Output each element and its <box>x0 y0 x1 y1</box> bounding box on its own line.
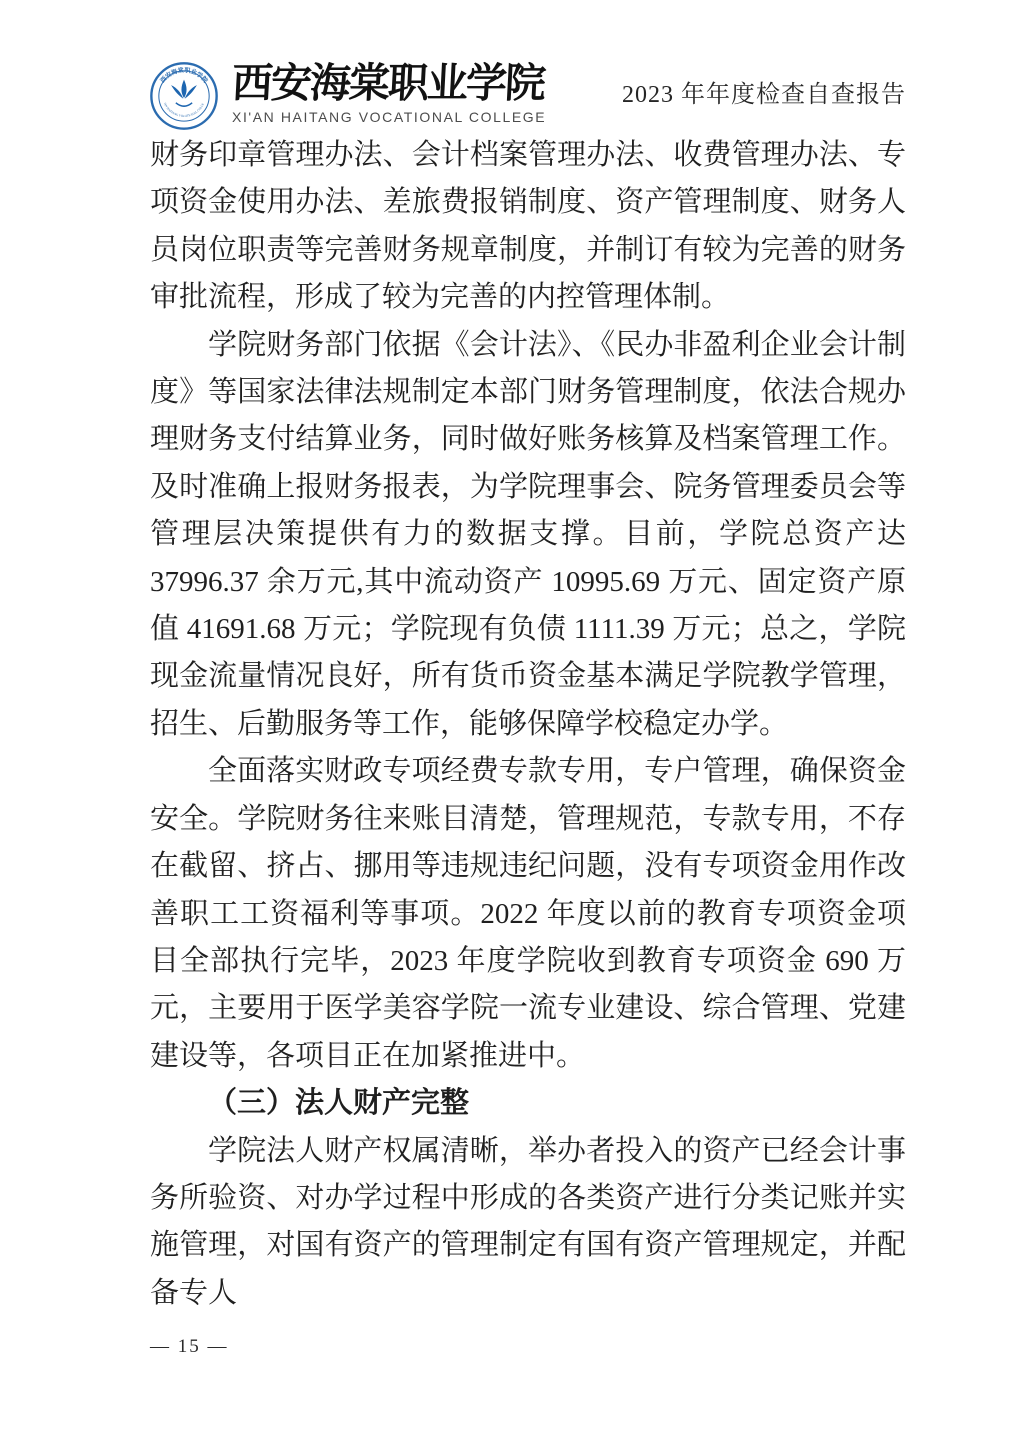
college-name-zh: 西安海棠职业学院 <box>231 60 548 106</box>
paragraph-finance-system: 学院财务部门依据《会计法》、《民办非盈利企业会计制度》等国家法律法规制定本部门财… <box>150 322 906 749</box>
college-logo: 西安海棠职业学院 XI'AN HAITANG VOCATIONAL COLLEG… <box>150 62 218 130</box>
paragraph-legal-property: 学院法人财产权属清晰，举办者投入的资产已经会计事务所验资、对办学过程中形成的各类… <box>150 1128 906 1318</box>
paragraph-continuation: 财务印章管理办法、会计档案管理办法、收费管理办法、专项资金使用办法、差旅费报销制… <box>150 132 906 322</box>
report-title: 2023 年年度检查自查报告 <box>622 74 906 109</box>
page-header: 西安海棠职业学院 XI'AN HAITANG VOCATIONAL COLLEG… <box>150 60 906 132</box>
page-number: — 15 — <box>150 1336 229 1357</box>
paragraph-special-funds: 全面落实财政专项经费专款专用，专户管理，确保资金安全。学院财务往来账目清楚，管理… <box>150 748 906 1080</box>
page-footer: — 15 — <box>150 1336 229 1358</box>
document-page: 西安海棠职业学院 XI'AN HAITANG VOCATIONAL COLLEG… <box>0 0 1024 1447</box>
college-emblem-icon: 西安海棠职业学院 XI'AN HAITANG VOCATIONAL COLLEG… <box>150 62 218 130</box>
college-brand: 西安海棠职业学院 XI'AN HAITANG VOCATIONAL COLLEG… <box>232 60 546 125</box>
college-name-en: XI'AN HAITANG VOCATIONAL COLLEGE <box>232 109 546 125</box>
section-heading: （三）法人财产完整 <box>150 1080 906 1127</box>
document-body: 财务印章管理办法、会计档案管理办法、收费管理办法、专项资金使用办法、差旅费报销制… <box>150 132 906 1317</box>
